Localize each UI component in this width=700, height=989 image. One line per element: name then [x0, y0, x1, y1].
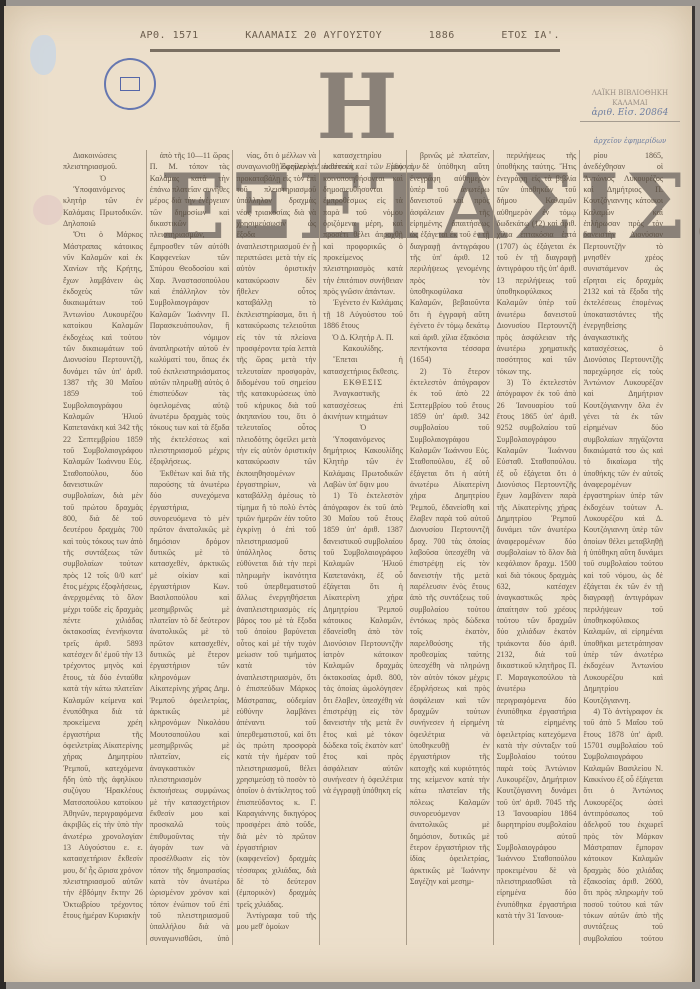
column-paragraph: Ὑποφαινόμενος δημήτριος Κακουλίδης Κλητὴ…	[323, 434, 403, 491]
column-1: Διακοινώσεις πλειστηριασμοῦ. Ὁ Ὑποφαινόμ…	[60, 150, 146, 945]
column-paragraph: 4) Τὸ ἀντίγραφον ἐκ τοῦ ἀπὸ 5 Μαΐου τοῦ …	[583, 706, 663, 945]
paper-tear	[30, 35, 56, 75]
article-columns: Διακοινώσεις πλειστηριασμοῦ. Ὁ Ὑποφαινόμ…	[60, 150, 666, 945]
column-paragraph: 1) Τὸ ἐκτελεστὸν ἀπόγραφον ἐκ τοῦ ἀπὸ 30…	[323, 490, 403, 796]
column-paragraph: Ἀντίγραφα τοῦ τῆς μου μεθ' ὁμοίων	[236, 910, 316, 933]
paper-stain	[33, 195, 63, 225]
column-paragraph: Διακοινώσεις πλειστηριασμοῦ.	[63, 150, 143, 173]
column-7: ρίου 1865, ἀνεδέχθησαν οἱ Ἀντώνιος Λυκου…	[579, 150, 666, 945]
column-paragraph: Ἀναγκαστικῆς κατασχέσεως ἐπὶ ἀκινήτων κτ…	[323, 388, 403, 422]
column-paragraph: κατασχετηρίου ἐκθέσεώς μου κοινοποιηθήσο…	[323, 150, 403, 297]
column-paragraph: νίας, ὅτι ὁ μέλλων νὰ συναγωνισθῇ ὀφείλε…	[236, 150, 316, 910]
column-paragraph: περιλήψεως τῆς ὑποθήκης ταύτης. Ἥτις ἐνε…	[497, 150, 577, 377]
column-paragraph: ρίου 1865, ἀνεδέχθησαν οἱ Ἀντώνιος Λυκου…	[583, 150, 663, 706]
column-paragraph: βρινῶς μὲ πλατεῖαν, ἡ δὲ ὑπόθηκη αὕτη ἐν…	[410, 150, 490, 366]
column-5: βρινῶς μὲ πλατεῖαν, ἡ δὲ ὑπόθηκη αὕτη ἐν…	[406, 150, 493, 945]
place-date: ΚΑΛΑΜΑΙΣ 20 ΑΥΓΟΥΣΤΟΥ	[245, 30, 382, 41]
archive-divider	[580, 121, 680, 122]
column-paragraph: Ἔπεται ἡ κατασχετήριος ἔκθεσις.	[323, 354, 403, 377]
issue-number: ΑΡΘ. 1571	[140, 30, 199, 41]
column-2: ἀπὸ τῆς 10—11 ὥρας Π. Μ. τόπον τὰς Καλάμ…	[146, 150, 233, 945]
archive-stamp: ΛΑΪΚΗ ΒΙΒΛΙΟΘΗΚΗ ΚΑΛΑΜΑΙ ἀριθ. Εἰσ. 2086…	[570, 88, 690, 146]
column-paragraph: Ὁ	[63, 173, 143, 184]
library-stamp-icon	[104, 58, 156, 110]
column-paragraph: Ὑποφαινόμενος κλητὴρ τῶν ἐν Καλάμαις Πρω…	[63, 184, 143, 229]
column-paragraph: Ὁ	[323, 422, 403, 433]
column-paragraph: 3) Τὸ ἐκτελεστὸν ἀπόγραφον ἐκ τοῦ ἀπὸ 26…	[497, 377, 577, 922]
dateline: ΑΡΘ. 1571 ΚΑΛΑΜΑΙΣ 20 ΑΥΓΟΥΣΤΟΥ 1886 ΕΤΟ…	[140, 30, 560, 41]
column-paragraph: Ὅτι ὁ Μάρκος Μάστραπας κάτοικος νῦν Καλα…	[63, 229, 143, 921]
column-paragraph: Ἐγένετο ἐν Καλάμαις τῇ 18 Αὐγούστου τοῦ …	[323, 297, 403, 331]
masthead-rule	[150, 49, 560, 52]
archive-line2: ΚΑΛΑΜΑΙ	[570, 98, 690, 108]
column-signature: Ὁ Δ. Κλητὴρ Α. Π. Κακουλίδης.	[323, 332, 403, 355]
column-paragraph: ἀπὸ τῆς 10—11 ὥρας Π. Μ. τόπον τὰς Καλάμ…	[150, 150, 230, 468]
column-paragraph: Ἐκθέτων καὶ διὰ τῆς παρούσης τὰ ἀνωτέρω …	[150, 468, 230, 945]
accession-number: ἀριθ. Εἰσ. 20864	[570, 108, 690, 118]
volume: ΕΤΟΣ ΙΑ'.	[501, 30, 560, 41]
archive-handwritten-note: ἀρχεῖον ἐφημερίδων	[570, 136, 690, 146]
open-book-icon	[120, 77, 140, 91]
year: 1886	[429, 30, 455, 41]
column-6: περιλήψεως τῆς ὑποθήκης ταύτης. Ἥτις ἐνε…	[493, 150, 580, 945]
column-4: κατασχετηρίου ἐκθέσεώς μου κοινοποιηθήσο…	[319, 150, 406, 945]
column-paragraph: 2) Τὸ ἕτερον ἐκτελεστὸν ἀπόγραφον ἐκ τοῦ…	[410, 366, 490, 888]
column-3: νίας, ὅτι ὁ μέλλων νὰ συναγωνισθῇ ὀφείλε…	[232, 150, 319, 945]
archive-line1: ΛΑΪΚΗ ΒΙΒΛΙΟΘΗΚΗ	[570, 88, 690, 98]
section-heading: ΕΚΘΕΣΙΣ	[323, 377, 403, 388]
